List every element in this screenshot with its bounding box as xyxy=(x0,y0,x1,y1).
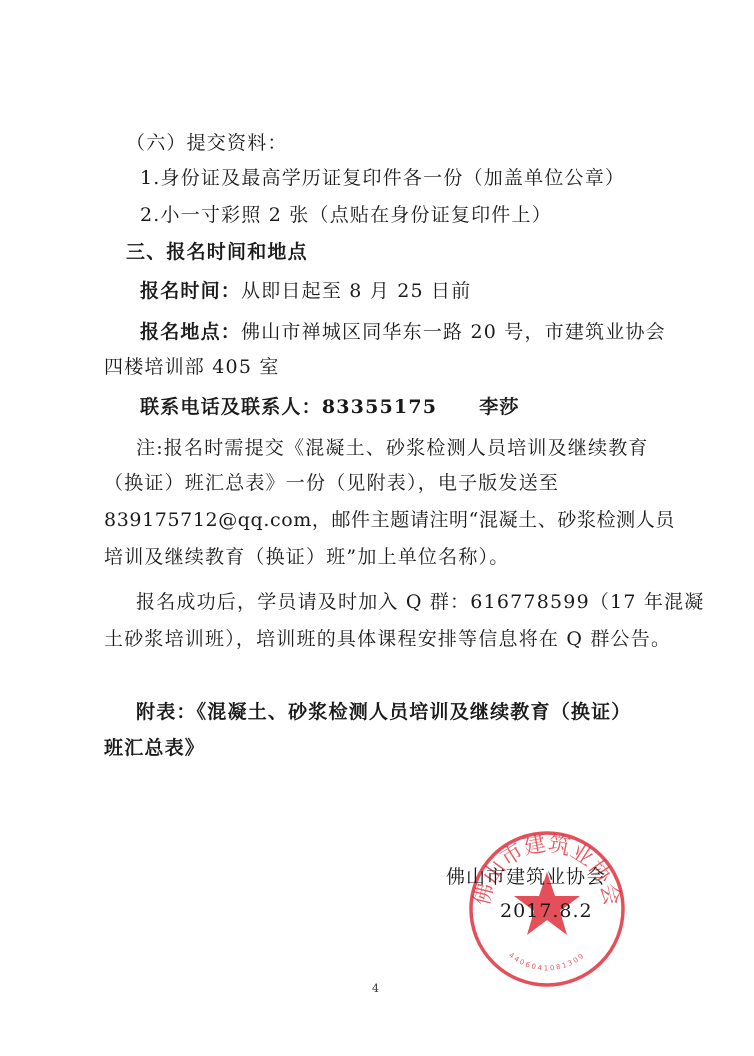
registration-place: 报名地点：佛山市禅城区同华东一路 20 号，市建筑业协会 xyxy=(140,317,666,344)
note-line-4: 培训及继续教育（换证）班”加上单位名称）。 xyxy=(104,542,509,569)
contact-info: 联系电话及联系人：83355175李莎 xyxy=(140,392,520,419)
page-number: 4 xyxy=(372,982,379,995)
note-line-3-email: 839175712@qq.com，邮件主题请注明“混凝土、砂浆检测人员 xyxy=(104,505,675,532)
signature-organization: 佛山市建筑业协会 xyxy=(446,862,606,889)
contact-label: 联系电话及联系人： xyxy=(140,396,322,418)
registration-place-label: 报名地点： xyxy=(140,321,241,343)
contact-phone: 83355175 xyxy=(322,396,437,418)
submission-item-2: 2.小一寸彩照 2 张（点贴在身份证复印件上） xyxy=(140,200,552,227)
signature-date: 2017.8.2 xyxy=(500,900,593,922)
qq-group-line-2: 土砂浆培训班），培训班的具体课程安排等信息将在 Q 群公告。 xyxy=(104,624,671,651)
svg-text:4406041081309: 4406041081309 xyxy=(507,951,587,972)
section-6-heading: （六）提交资料： xyxy=(126,128,288,155)
note-line-2: （换证）班汇总表》一份（见附表），电子版发送至 xyxy=(104,468,559,495)
registration-place-value: 佛山市禅城区同华东一路 20 号，市建筑业协会 xyxy=(241,321,666,343)
section-3-heading: 三、报名时间和地点 xyxy=(126,237,308,264)
registration-time-label: 报名时间： xyxy=(140,280,241,302)
submission-item-1: 1.身份证及最高学历证复印件各一份（加盖单位公章） xyxy=(140,163,625,190)
attachment-line-2: 班汇总表》 xyxy=(104,733,205,760)
registration-time-value: 从即日起至 8 月 25 日前 xyxy=(241,280,471,302)
contact-person: 李莎 xyxy=(479,396,519,418)
registration-time: 报名时间：从即日起至 8 月 25 日前 xyxy=(140,276,471,303)
seal-code: 4406041081309 xyxy=(507,951,587,972)
registration-place-continued: 四楼培训部 405 室 xyxy=(104,352,280,379)
qq-group-line-1: 报名成功后，学员请及时加入 Q 群：616778599（17 年混凝 xyxy=(136,587,704,614)
note-line-1: 注:报名时需提交《混凝土、砂浆检测人员培训及继续教育 xyxy=(136,433,649,460)
attachment-line-1: 附表：《混凝土、砂浆检测人员培训及继续教育（换证） xyxy=(136,697,632,724)
